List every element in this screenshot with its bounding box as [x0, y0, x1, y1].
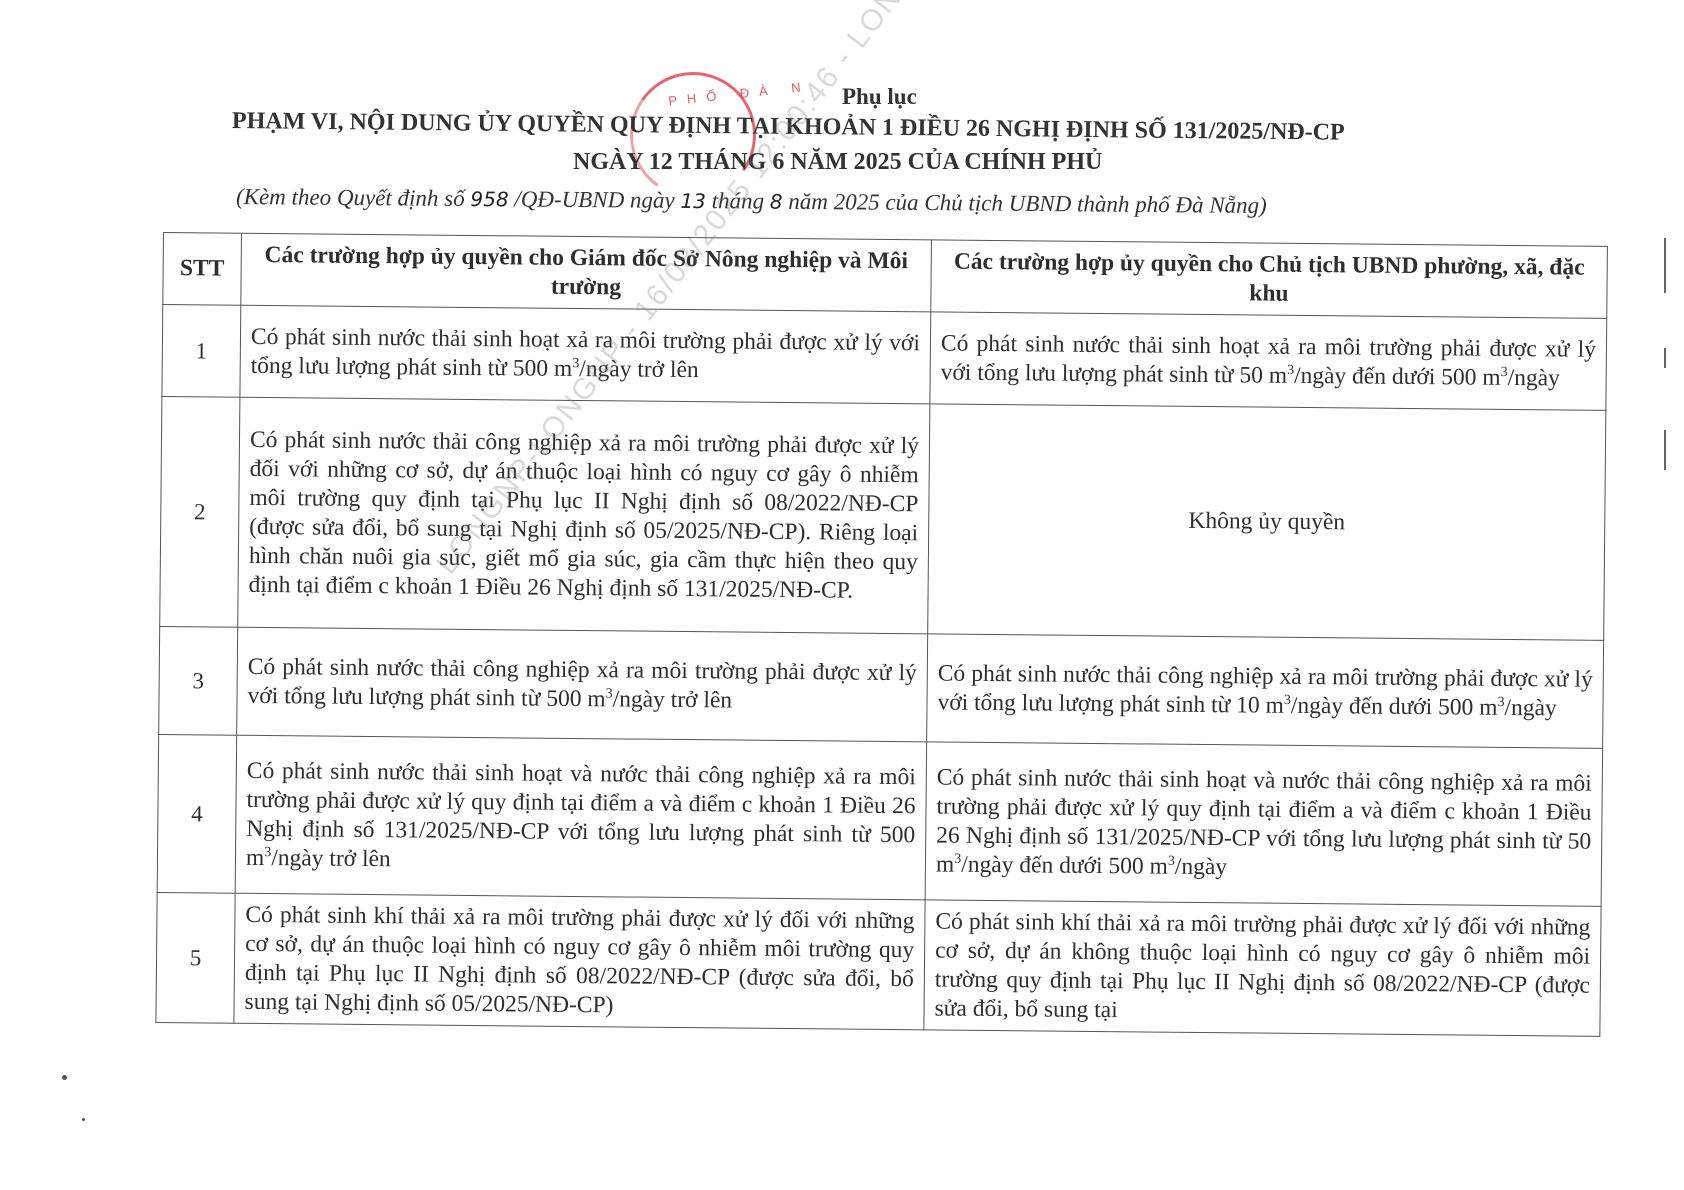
chairman-case-cell: Có phát sinh nước thải sinh hoạt xả ra m…	[930, 312, 1607, 410]
director-case-cell: Có phát sinh khí thải xả ra môi trường p…	[234, 893, 925, 1030]
subtitle-prefix: (Kèm theo Quyết định số	[236, 184, 471, 211]
table-row: 5 Có phát sinh khí thải xả ra môi trường…	[156, 892, 1601, 1036]
decision-number: 958	[470, 187, 508, 211]
document-title-line-2: NGÀY 12 THÁNG 6 NĂM 2025 CỦA CHÍNH PHỦ	[573, 149, 1102, 176]
document-page: PHỐ ĐÀ N Phụ lục PHẠM VI, NỘI DUNG ỦY QU…	[0, 0, 1684, 1190]
chairman-case-cell: Không ủy quyền	[928, 404, 1606, 640]
table-row: 3 Có phát sinh nước thải công nghiệp xả …	[159, 626, 1604, 748]
scan-speck	[82, 1118, 85, 1121]
table-header-row: STT Các trường hợp ủy quyền cho Giám đốc…	[163, 233, 1608, 319]
chairman-case-cell: Có phát sinh nước thải công nghiệp xả ra…	[927, 634, 1604, 748]
row-number: 2	[160, 396, 240, 627]
director-case-cell: Có phát sinh nước thải công nghiệp xả ra…	[237, 627, 928, 742]
header-stt: STT	[163, 233, 242, 306]
row-number: 3	[159, 626, 238, 735]
director-case-cell: Có phát sinh nước thải công nghiệp xả ra…	[238, 397, 930, 634]
scan-edge-mark	[1664, 238, 1666, 293]
scan-edge-mark	[1664, 430, 1666, 470]
row-number: 5	[156, 892, 235, 1023]
scan-speck	[62, 1075, 67, 1080]
scan-edge-mark	[1664, 348, 1666, 368]
table-row: 4 Có phát sinh nước thải sinh hoạt và nư…	[157, 734, 1602, 906]
row-number: 4	[157, 734, 237, 893]
row-number: 1	[162, 305, 241, 398]
header-chairman-cases: Các trường hợp ủy quyền cho Chủ tịch UBN…	[931, 240, 1608, 318]
appendix-label: Phụ lục	[842, 84, 917, 110]
table-row: 1 Có phát sinh nước thải sinh hoạt xả ra…	[162, 305, 1607, 411]
decision-month: 8	[770, 190, 783, 214]
delegation-table: STT Các trường hợp ủy quyền cho Giám đốc…	[155, 232, 1608, 1037]
subtitle-mid-1: /QĐ-UBND ngày	[509, 186, 681, 212]
table-row: 2 Có phát sinh nước thải công nghiệp xả …	[160, 396, 1606, 640]
header-director-cases: Các trường hợp ủy quyền cho Giám đốc Sở …	[241, 233, 932, 312]
chairman-case-cell: Có phát sinh nước thải sinh hoạt và nước…	[925, 742, 1602, 906]
director-case-cell: Có phát sinh nước thải sinh hoạt và nước…	[235, 735, 926, 900]
chairman-case-cell: Có phát sinh khí thải xả ra môi trường p…	[924, 900, 1601, 1036]
subtitle-suffix: năm 2025 của Chủ tịch UBND thành phố Đà …	[782, 189, 1266, 218]
